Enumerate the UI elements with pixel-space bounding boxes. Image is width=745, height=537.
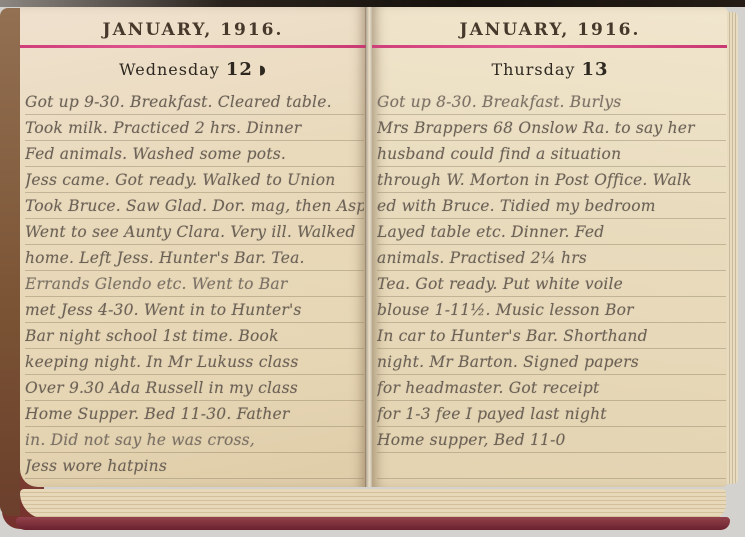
- diary-entry-line: night. Mr Barton. Signed papers: [377, 349, 726, 375]
- diary-entry-line: Jess came. Got ready. Walked to Union: [25, 167, 364, 193]
- day-heading: Thursday 13: [372, 59, 728, 80]
- diary-entry-line: husband could find a situation: [377, 141, 726, 167]
- page-edge-stack: [20, 489, 726, 519]
- page-edge-right: [727, 12, 738, 484]
- diary-entry: Got up 9-30. Breakfast. Cleared table. T…: [20, 89, 366, 479]
- diary-entry-line: Took milk. Practiced 2 hrs. Dinner: [25, 115, 364, 141]
- diary-entry-line: blouse 1-11½. Music lesson Bor: [377, 297, 726, 323]
- diary-entry-line: Mrs Brappers 68 Onslow Ra. to say her: [377, 115, 726, 141]
- day-name: Thursday: [491, 60, 575, 79]
- diary-entry-line: animals. Practised 2¼ hrs: [377, 245, 726, 271]
- month-rule: [372, 45, 728, 48]
- month-header: JANUARY, 1916.: [20, 7, 366, 40]
- diary-entry-line: Over 9.30 Ada Russell in my class: [25, 375, 364, 401]
- diary-entry-line: Went to see Aunty Clara. Very ill. Walke…: [25, 219, 364, 245]
- diary-entry: Got up 8-30. Breakfast. Burlys Mrs Brapp…: [372, 89, 728, 479]
- diary-page-right: JANUARY, 1916. Thursday 13 Got up 8-30. …: [372, 7, 728, 487]
- diary-entry-line: through W. Morton in Post Office. Walk: [377, 167, 726, 193]
- diary-entry-line: Home Supper. Bed 11-30. Father: [25, 401, 364, 427]
- month-rule: [20, 45, 366, 48]
- diary-entry-line: Fed animals. Washed some pots.: [25, 141, 364, 167]
- diary-entry-line: In car to Hunter's Bar. Shorthand: [377, 323, 726, 349]
- moon-phase-icon: ◗: [259, 63, 267, 78]
- book-spine: [0, 8, 20, 516]
- diary-entry-line: Took Bruce. Saw Glad. Dor. mag, then Asp…: [25, 193, 364, 219]
- book-cover-edge: [16, 517, 730, 530]
- day-number: 12: [226, 59, 253, 80]
- day-name: Wednesday: [119, 60, 220, 79]
- day-heading: Wednesday 12 ◗: [20, 59, 366, 80]
- diary-entry-line: Tea. Got ready. Put white voile: [377, 271, 726, 297]
- diary-entry-line: met Jess 4-30. Went in to Hunter's: [25, 297, 364, 323]
- diary-entry-line: Bar night school 1st time. Book: [25, 323, 364, 349]
- diary-entry-line: ed with Bruce. Tidied my bedroom: [377, 193, 726, 219]
- photo-top-shadow: [0, 0, 745, 7]
- diary-entry-line: Jess wore hatpins: [25, 453, 364, 479]
- diary-entry-line: Errands Glendo etc. Went to Bar: [25, 271, 364, 297]
- diary-entry-line: in. Did not say he was cross,: [25, 427, 364, 453]
- diary-entry-line: keeping night. In Mr Lukuss class: [25, 349, 364, 375]
- month-header: JANUARY, 1916.: [372, 7, 728, 40]
- ruled-line-empty: [377, 453, 726, 479]
- diary-entry-line: Layed table etc. Dinner. Fed: [377, 219, 726, 245]
- diary-entry-line: for 1-3 fee I payed last night: [377, 401, 726, 427]
- diary-entry-line: for headmaster. Got receipt: [377, 375, 726, 401]
- diary-photo: JANUARY, 1916. Wednesday 12 ◗ Got up 9-3…: [0, 0, 745, 537]
- day-number: 13: [582, 59, 609, 80]
- diary-entry-line: Home supper, Bed 11-0: [377, 427, 726, 453]
- diary-page-left: JANUARY, 1916. Wednesday 12 ◗ Got up 9-3…: [20, 7, 366, 487]
- diary-entry-line: Got up 8-30. Breakfast. Burlys: [377, 89, 726, 115]
- diary-entry-line: Got up 9-30. Breakfast. Cleared table.: [25, 89, 364, 115]
- diary-entry-line: home. Left Jess. Hunter's Bar. Tea.: [25, 245, 364, 271]
